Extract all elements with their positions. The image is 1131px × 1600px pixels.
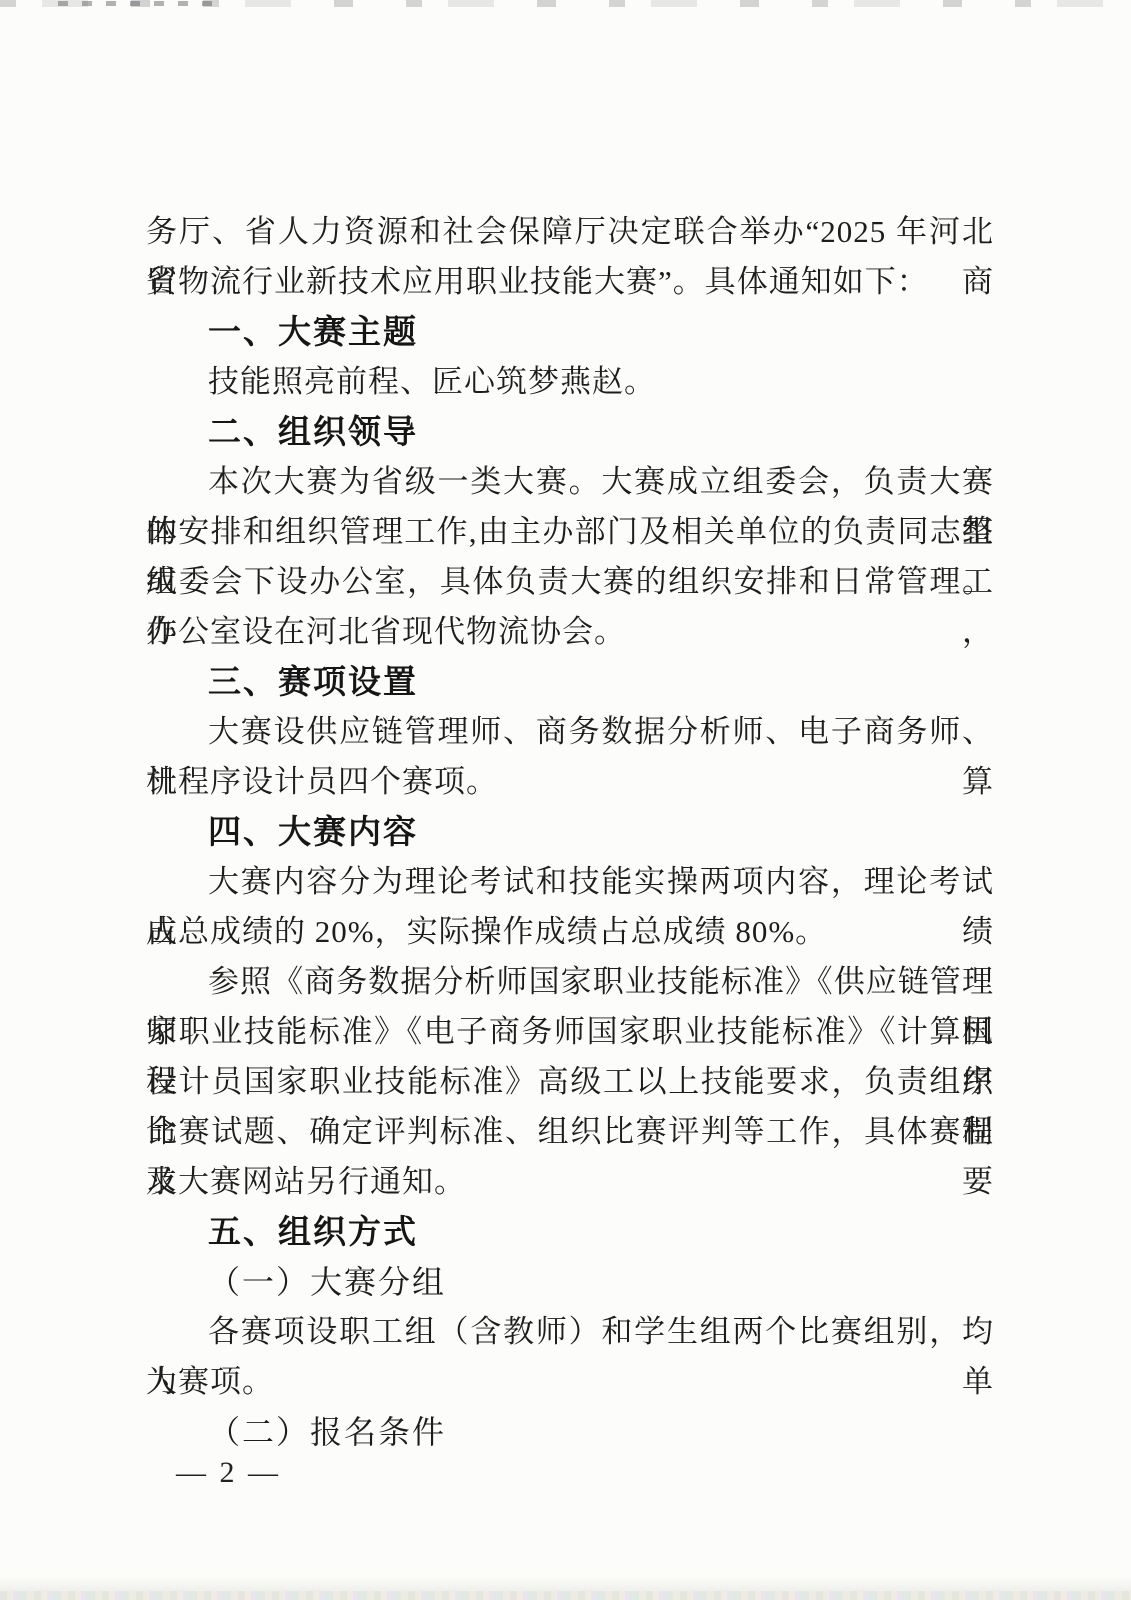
document-line-body: 设计员国家职业技能标准》高级工以上技能要求，负责组织命制 [146, 1057, 994, 1107]
document-line-subheading: （一）大赛分组 [146, 1257, 994, 1307]
document-line-body: 本次大赛为省级一类大赛。大赛成立组委会，负责大赛的整 [146, 457, 994, 507]
document-line-heading: 四、大赛内容 [146, 807, 994, 857]
page-number: — 2 — [176, 1448, 281, 1498]
document-line-body: 组委会下设办公室，具体负责大赛的组织安排和日常管理工作， [146, 557, 994, 607]
document-line-heading: 三、赛项设置 [146, 657, 994, 707]
document-line-heading: 五、组织方式 [146, 1207, 994, 1257]
scan-artifact-bottom [0, 1591, 1131, 1600]
document-line-body: 务厅、省人力资源和社会保障厅决定联合举办“2025 年河北省商 [146, 207, 994, 257]
document-line-heading: 二、组织领导 [146, 407, 994, 457]
document-line-body: 家职业技能标准》《电子商务师国家职业技能标准》《计算机程序 [146, 1007, 994, 1057]
document-line-body: 比赛试题、确定评判标准、组织比赛评判等工作，具体赛程及要 [146, 1107, 994, 1157]
document-line-body: 大赛设供应链管理师、商务数据分析师、电子商务师、计算 [146, 707, 994, 757]
document-line-body: 贸物流行业新技术应用职业技能大赛”。具体通知如下： [146, 257, 994, 307]
document-body: 务厅、省人力资源和社会保障厅决定联合举办“2025 年河北省商贸物流行业新技术应… [146, 207, 994, 1457]
scan-artifact-bottom-haze [0, 1577, 1131, 1591]
document-line-body: 体安排和组织管理工作,由主办部门及相关单位的负责同志组成。 [146, 507, 994, 557]
document-line-body: 参照《商务数据分析师国家职业技能标准》《供应链管理师国 [146, 957, 994, 1007]
document-line-body: 大赛内容分为理论考试和技能实操两项内容，理论考试成绩 [146, 857, 994, 907]
document-line-body: 各赛项设职工组（含教师）和学生组两个比赛组别，均为单 [146, 1307, 994, 1357]
scan-artifact-top-dash [58, 1, 218, 6]
document-line-body: 技能照亮前程、匠心筑梦燕赵。 [146, 357, 994, 407]
document-line-heading: 一、大赛主题 [146, 307, 994, 357]
page: 务厅、省人力资源和社会保障厅决定联合举办“2025 年河北省商贸物流行业新技术应… [0, 0, 1131, 1600]
